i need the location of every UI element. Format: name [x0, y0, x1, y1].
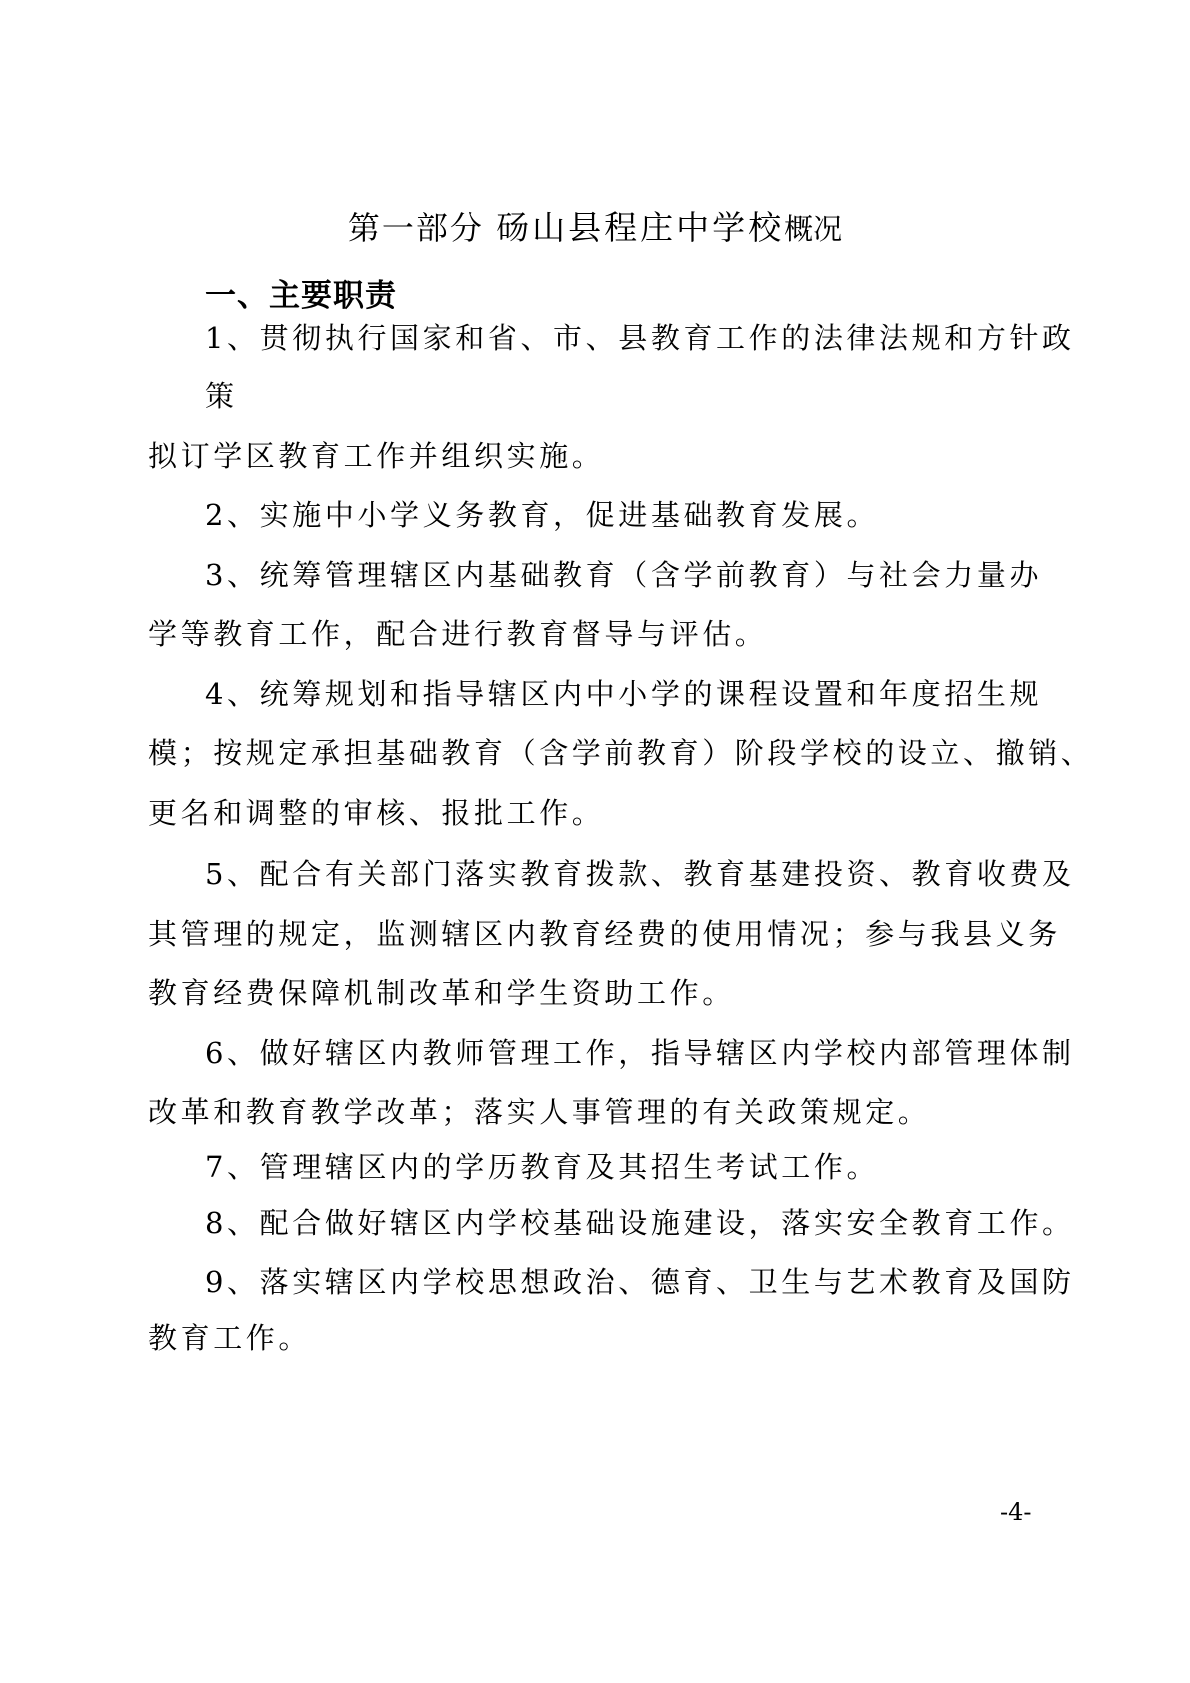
paragraph-line: 8、配合做好辖区内学校基础设施建设，落实安全教育工作。: [205, 1205, 1075, 1241]
document-page: 第一部分 砀山县程庄中学校概况 一、主要职责 1、贯彻执行国家和省、市、县教育工…: [0, 0, 1190, 1683]
paragraph-line: 模；按规定承担基础教育（含学前教育）阶段学校的设立、撤销、: [148, 735, 1093, 771]
paragraph-line: 教育工作。: [148, 1320, 311, 1356]
paragraph-line: 其管理的规定，监测辖区内教育经费的使用情况；参与我县义务: [148, 916, 1061, 952]
paragraph-line: 7、管理辖区内的学历教育及其招生考试工作。: [205, 1149, 879, 1185]
title-suffix: 概况: [784, 212, 842, 246]
paragraph-line: 拟订学区教育工作并组织实施。: [148, 438, 604, 474]
paragraph-line: 4、统筹规划和指导辖区内中小学的课程设置和年度招生规: [205, 676, 1042, 712]
paragraph-line: 改革和教育教学改革；落实人事管理的有关政策规定。: [148, 1094, 930, 1130]
title-school-name: 砀山县程庄中学校: [496, 208, 784, 247]
page-title: 第一部分 砀山县程庄中学校概况: [0, 208, 1190, 249]
paragraph-line: 教育经费保障机制改革和学生资助工作。: [148, 975, 735, 1011]
paragraph-line: 更名和调整的审核、报批工作。: [148, 795, 604, 831]
paragraph-line: 5、配合有关部门落实教育拨款、教育基建投资、教育收费及: [205, 856, 1075, 892]
page-number: -4-: [1000, 1498, 1032, 1526]
paragraph-line: 2、实施中小学义务教育，促进基础教育发展。: [205, 497, 879, 533]
paragraph-line: 策: [205, 378, 238, 414]
paragraph-line: 6、做好辖区内教师管理工作，指导辖区内学校内部管理体制: [205, 1035, 1075, 1071]
title-part: 第一部分: [348, 209, 484, 247]
section-heading-main-duties: 一、主要职责: [205, 277, 397, 315]
paragraph-line: 1、贯彻执行国家和省、市、县教育工作的法律法规和方针政: [205, 320, 1075, 356]
paragraph-line: 学等教育工作，配合进行教育督导与评估。: [148, 616, 767, 652]
paragraph-line: 9、落实辖区内学校思想政治、德育、卫生与艺术教育及国防: [205, 1264, 1075, 1300]
paragraph-line: 3、统筹管理辖区内基础教育（含学前教育）与社会力量办: [205, 557, 1042, 593]
